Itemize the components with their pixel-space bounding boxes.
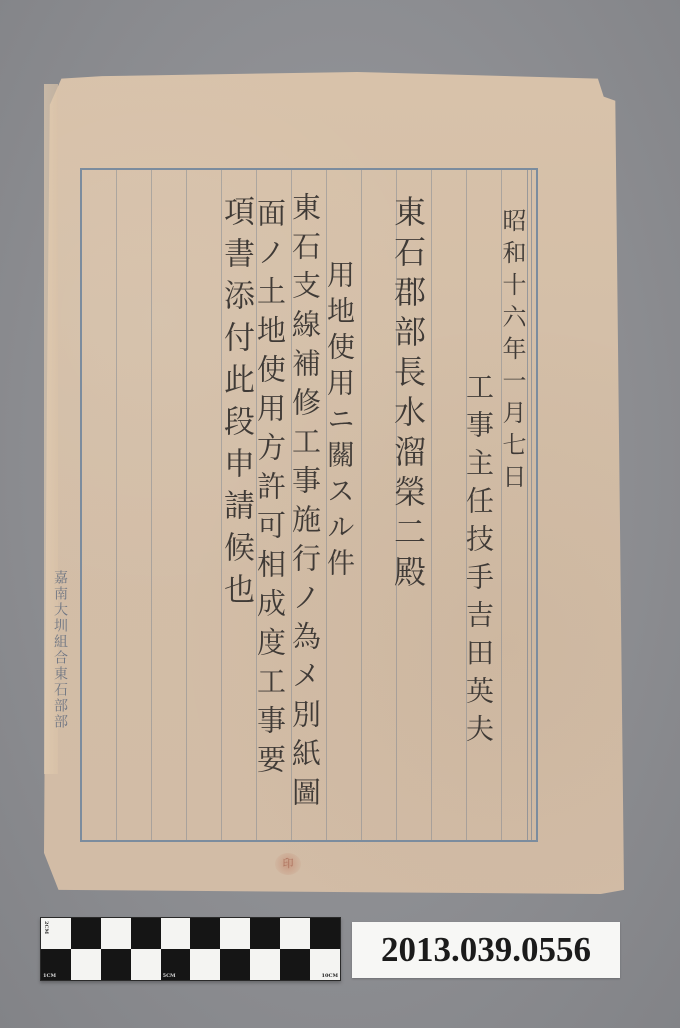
- letter-body-line-1: 東石支線補修工事施行ノ為メ別紙圖: [290, 192, 319, 816]
- column-rule: [361, 170, 362, 840]
- scale-square: [190, 949, 220, 980]
- scale-square: 5CM: [161, 949, 191, 980]
- column-rule: [431, 170, 432, 840]
- scale-label-2cm: 2CM: [43, 921, 49, 934]
- scale-square: [131, 918, 161, 949]
- scale-square: [101, 949, 131, 980]
- scale-square: [220, 918, 250, 949]
- scale-square: [71, 918, 101, 949]
- printed-organization-label: 嘉南大圳組合東石部部: [50, 570, 70, 730]
- letter-subject: 用地使用ニ關スル件: [325, 260, 353, 584]
- accession-number-label: 2013.039.0556: [352, 922, 620, 978]
- scale-square: 2CM: [41, 918, 71, 949]
- scale-square: [250, 949, 280, 980]
- column-rule-double: [527, 170, 532, 840]
- scale-square: 10CM: [310, 949, 340, 980]
- scale-square: [220, 949, 250, 980]
- scale-square: [131, 949, 161, 980]
- scale-square: 1CM: [41, 949, 71, 980]
- color-scale-bar: 2CM 1CM 5CM 10CM: [40, 917, 341, 981]
- letter-date: 昭和十六年一月七日: [500, 208, 524, 496]
- scale-square: [310, 918, 340, 949]
- column-rule: [186, 170, 187, 840]
- scale-label-5cm: 5CM: [163, 973, 176, 979]
- scale-square: [71, 949, 101, 980]
- scale-square: [161, 918, 191, 949]
- scale-label-10cm: 10CM: [322, 973, 338, 979]
- scale-label-1cm: 1CM: [43, 973, 56, 979]
- scale-square: [250, 918, 280, 949]
- column-rule: [116, 170, 117, 840]
- letter-body-line-2: 面ノ土地使用方許可相成度工事要: [255, 198, 284, 783]
- letter-addressee: 東石郡部長水溜榮二殿: [392, 195, 424, 595]
- scale-square: [190, 918, 220, 949]
- scale-square: [280, 949, 310, 980]
- red-seal-mark: 印: [275, 853, 301, 875]
- letter-body-line-3: 項書添付此段申請候也: [220, 195, 251, 615]
- scale-square: [101, 918, 131, 949]
- column-rule: [151, 170, 152, 840]
- letter-sender: 工事主任技手吉田英夫: [464, 372, 492, 752]
- scale-square: [280, 918, 310, 949]
